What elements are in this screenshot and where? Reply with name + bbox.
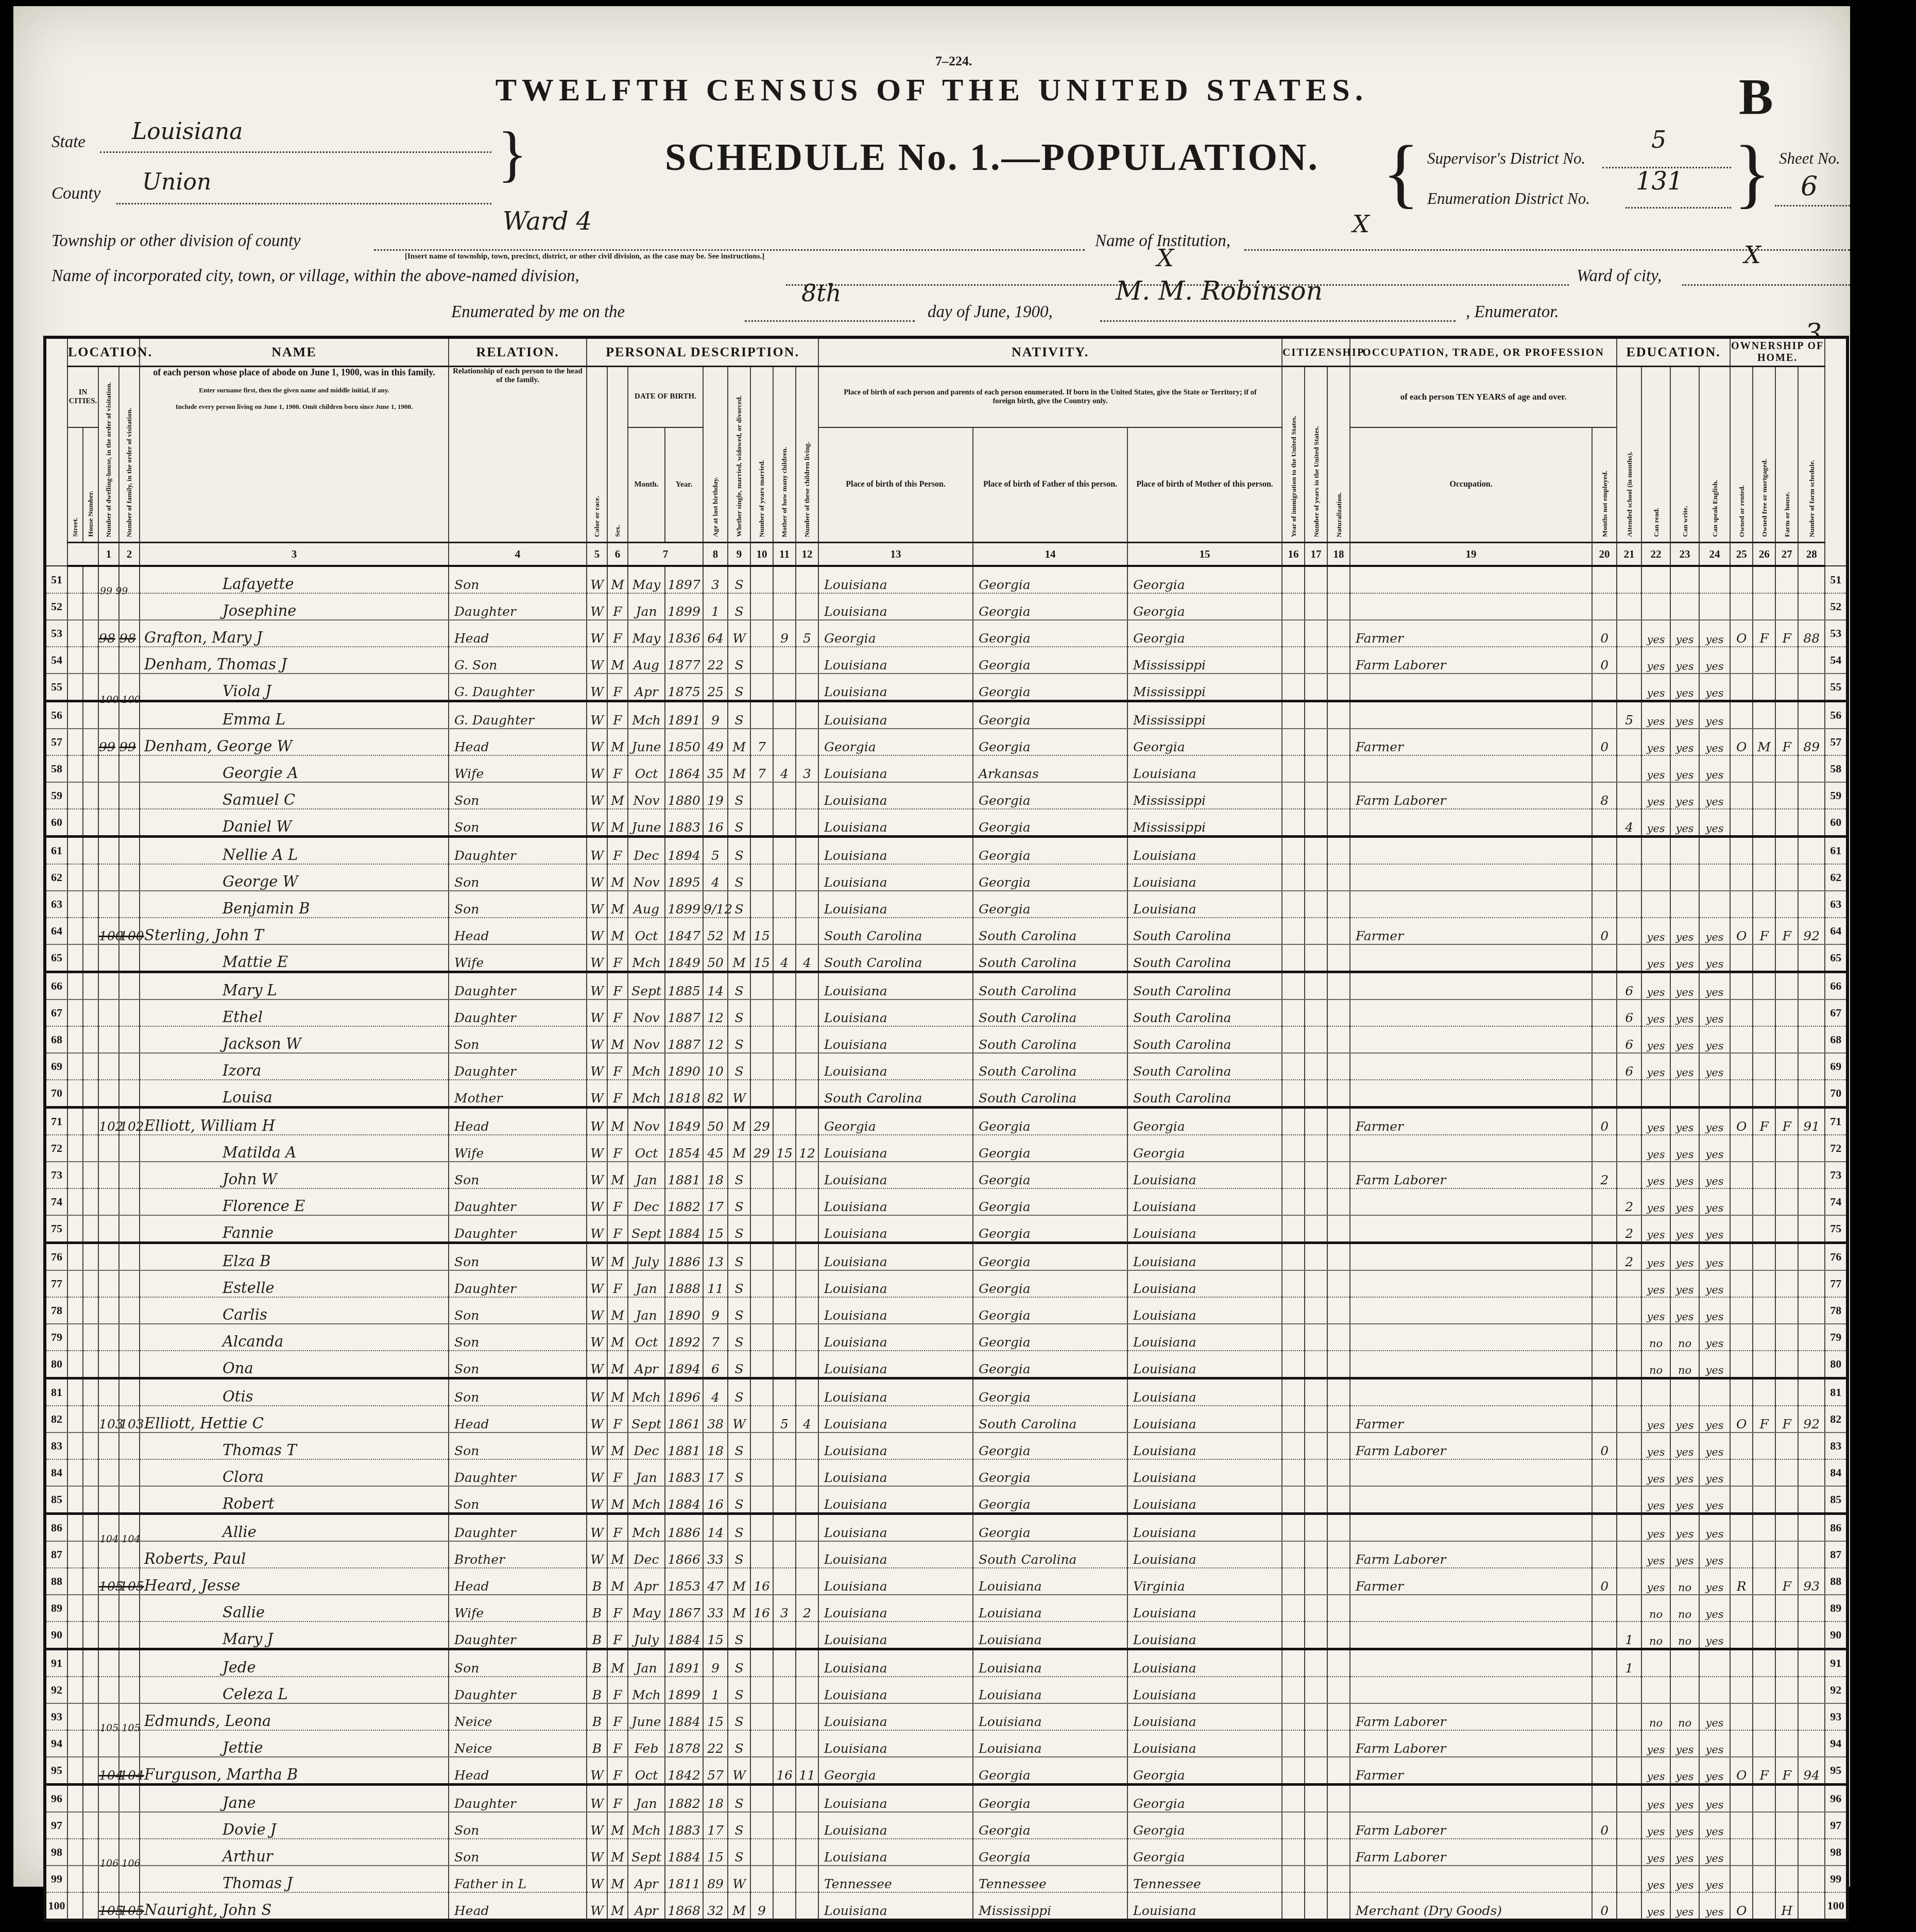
cell-occupation: Farm Laborer — [1350, 1162, 1592, 1188]
cell-color-race: B — [587, 1730, 607, 1757]
cell-children-living — [796, 1703, 818, 1730]
immigration-header: Year of immigration to the United States… — [1282, 367, 1305, 543]
cell-street — [67, 701, 83, 729]
row-number-left: 92 — [45, 1677, 67, 1703]
cell-naturalization — [1327, 1892, 1350, 1920]
cell-mother-of-children-value: 5 — [780, 1417, 789, 1431]
cell-name: Sterling, John T — [140, 918, 449, 944]
cell-immigration-year — [1282, 1649, 1305, 1677]
cell-owned-rented — [1730, 837, 1753, 865]
row-number-right: 100 — [1825, 1892, 1847, 1920]
cell-naturalization — [1327, 1324, 1350, 1351]
cell-relation-value: Daughter — [449, 1199, 516, 1214]
cell-pob-person-value: Louisiana — [819, 1254, 887, 1269]
cell-occupation-value: Farm Laborer — [1350, 658, 1446, 672]
cell-sex: F — [607, 1677, 628, 1703]
cell-marital-status: S — [728, 837, 750, 865]
cell-immigration-year — [1282, 674, 1305, 701]
cell-relation: Son — [449, 1162, 587, 1188]
cell-farm-schedule — [1798, 1514, 1825, 1542]
cell-color-race: W — [587, 729, 607, 755]
cell-naturalization — [1327, 729, 1350, 755]
cell-name: Louisa — [140, 1080, 449, 1108]
cell-sex: M — [607, 1297, 628, 1324]
cell-can-speak-english-value: yes — [1706, 1499, 1724, 1512]
cell-can-write — [1670, 1080, 1699, 1108]
cell-dwelling-number — [98, 647, 119, 674]
cell-dwelling-number: 105 — [98, 1892, 119, 1920]
cell-years-in-us — [1305, 1243, 1327, 1271]
cell-mother-of-children — [773, 864, 796, 891]
cell-farm-schedule-value: 92 — [1803, 928, 1820, 943]
cell-birth-year: 1854 — [665, 1135, 703, 1162]
cell-farm-or-house — [1775, 1297, 1798, 1324]
cell-occupation-value: Farm Laborer — [1350, 1443, 1446, 1458]
cell-owned-rented — [1730, 864, 1753, 891]
cell-relation-value: Daughter — [449, 1470, 516, 1485]
column-number-21: 21 — [1617, 543, 1641, 566]
cell-children-living — [796, 729, 818, 755]
cell-color-race-value: B — [592, 1661, 602, 1676]
cell-pob-mother-value: Georgia — [1128, 631, 1185, 646]
cell-age-value: 6 — [711, 1361, 720, 1376]
cell-pob-mother: Louisiana — [1127, 837, 1282, 865]
cell-marital-status-value: M — [732, 739, 746, 754]
row-number-left: 100 — [45, 1892, 67, 1920]
cell-can-read: yes — [1641, 782, 1670, 809]
cell-marital-status: S — [728, 1486, 750, 1514]
cell-sex: F — [607, 1188, 628, 1215]
cell-birth-month: Oct — [628, 918, 665, 944]
cell-pob-mother: Louisiana — [1127, 1541, 1282, 1568]
cell-pob-mother-value: Georgia — [1128, 1850, 1185, 1865]
table-header: LOCATION. NAME RELATION. PERSONAL DESCRI… — [45, 337, 1847, 566]
cell-can-speak-english-value: yes — [1706, 687, 1724, 699]
cell-pob-mother: Tennessee — [1127, 1866, 1282, 1892]
cell-occupation-value: Farmer — [1350, 1417, 1404, 1431]
row-number-left: 88 — [45, 1568, 67, 1595]
cell-marital-status-value: S — [734, 1037, 743, 1052]
row-number-left: 77 — [45, 1270, 67, 1297]
cell-pob-person: Louisiana — [818, 1514, 973, 1542]
cell-immigration-year — [1282, 891, 1305, 918]
row-number-right: 97 — [1825, 1812, 1847, 1839]
table-row: 95104104Furguson, Martha BHeadWFOct18425… — [45, 1757, 1847, 1785]
cell-mother-of-children — [773, 972, 796, 1000]
row-number-right: 86 — [1825, 1514, 1847, 1542]
cell-marital-status-value: S — [734, 1714, 743, 1729]
cell-years-in-us — [1305, 918, 1327, 944]
cell-marital-status-value: W — [732, 1091, 746, 1106]
cell-name-value: Elza B — [140, 1252, 271, 1270]
cell-birth-month: May — [628, 566, 665, 593]
cell-pob-person-value: Louisiana — [819, 1796, 887, 1811]
cell-pob-father-value: Georgia — [973, 1254, 1031, 1269]
cell-sex-value: F — [613, 1281, 622, 1296]
cell-birth-year-value: 1877 — [668, 658, 700, 672]
cell-marital-status: S — [728, 674, 750, 701]
cell-dwelling-number — [98, 1622, 119, 1649]
cell-birth-month: May — [628, 1595, 665, 1622]
cell-relation: Son — [449, 1351, 587, 1378]
cell-name-value: Sallie — [140, 1603, 265, 1621]
cell-can-read — [1641, 593, 1670, 620]
cell-sex-value: M — [611, 1661, 624, 1676]
cell-sex-value: M — [611, 1119, 624, 1134]
cell-house-number — [83, 809, 98, 837]
cell-marital-status-value: S — [734, 1443, 743, 1458]
cell-color-race-value: W — [590, 1064, 604, 1079]
cell-marital-status: S — [728, 1351, 750, 1378]
cell-dwelling-number — [98, 755, 119, 782]
children-living-header: Number of these children living. — [796, 367, 818, 543]
cell-can-speak-english: yes — [1699, 1324, 1730, 1351]
cell-can-speak-english-value: yes — [1706, 1473, 1724, 1485]
cell-farm-schedule — [1798, 1649, 1825, 1677]
row-number-right: 99 — [1825, 1866, 1847, 1892]
cell-can-write: yes — [1670, 809, 1699, 837]
cell-pob-mother-value: Louisiana — [1128, 1497, 1196, 1512]
cell-dwelling-number: 105 — [98, 1568, 119, 1595]
cell-family-number — [119, 1812, 140, 1839]
cell-marital-status: S — [728, 809, 750, 837]
cell-owned-rented — [1730, 782, 1753, 809]
cell-color-race: W — [587, 1459, 607, 1486]
cell-house-number — [83, 593, 98, 620]
cell-months-not-employed-value: 8 — [1600, 793, 1609, 808]
table-row: 83Thomas TSonWMDec188118SLouisianaGeorgi… — [45, 1433, 1847, 1459]
cell-pob-person-value: Louisiana — [819, 820, 887, 835]
cell-mother-of-children — [773, 918, 796, 944]
name-description: of each person whose place of abode on J… — [140, 367, 449, 543]
cell-pob-mother-value: South Carolina — [1128, 1064, 1231, 1079]
cell-name: Otis — [140, 1378, 449, 1406]
cell-house-number — [83, 1135, 98, 1162]
row-number-left: 95 — [45, 1757, 67, 1785]
cell-birth-year: 1880 — [665, 782, 703, 809]
cell-marital-status-value: S — [734, 1254, 743, 1269]
cell-children-living-value: 11 — [799, 1768, 815, 1783]
cell-name: Jettie — [140, 1730, 449, 1757]
cell-years-married — [750, 1406, 773, 1433]
cell-farm-schedule — [1798, 674, 1825, 701]
cell-children-living: 4 — [796, 1406, 818, 1433]
cell-relation: Son — [449, 864, 587, 891]
cell-owned-rented: O — [1730, 1892, 1753, 1920]
cell-occupation — [1350, 1270, 1592, 1297]
column-number-17: 17 — [1305, 543, 1327, 566]
cell-birth-year-value: 1847 — [668, 928, 700, 943]
cell-birth-year-value: 1842 — [668, 1768, 700, 1783]
cell-occupation: Farm Laborer — [1350, 647, 1592, 674]
cell-mother-of-children — [773, 1270, 796, 1297]
cell-pob-person: Louisiana — [818, 1785, 973, 1813]
cell-sex-value: F — [613, 1525, 622, 1540]
cell-can-read: yes — [1641, 755, 1670, 782]
cell-attended-school — [1617, 864, 1641, 891]
cell-color-race: W — [587, 1406, 607, 1433]
cell-can-write-value: yes — [1676, 1473, 1694, 1485]
cell-color-race-value: W — [590, 1552, 604, 1567]
cell-pob-person-value: Louisiana — [819, 1308, 887, 1323]
cell-sex: F — [607, 1135, 628, 1162]
cell-pob-mother-value: Louisiana — [1128, 1226, 1196, 1241]
cell-street — [67, 1270, 83, 1297]
cell-family-number — [119, 891, 140, 918]
cell-occupation — [1350, 1080, 1592, 1108]
cell-attended-school — [1617, 1324, 1641, 1351]
cell-attended-school-value: 6 — [1625, 1064, 1633, 1079]
cell-name-value: Nauright, John S — [140, 1901, 271, 1919]
cell-name-value: Daniel W — [140, 818, 292, 835]
cell-birth-year-value: 1878 — [668, 1741, 700, 1756]
cell-street — [67, 1215, 83, 1243]
cell-marital-status-value: S — [734, 1741, 743, 1756]
cell-farm-schedule — [1798, 1703, 1825, 1730]
cell-color-race-value: W — [590, 1335, 604, 1350]
supervisor-value: 5 — [1651, 126, 1666, 153]
cell-years-married-value: 7 — [758, 739, 766, 754]
cell-owned-free-mortgaged — [1753, 593, 1775, 620]
cell-name: Florence E — [140, 1188, 449, 1215]
cell-can-read: yes — [1641, 1839, 1670, 1866]
cell-can-speak-english: yes — [1699, 1297, 1730, 1324]
cell-occupation-value: Farmer — [1350, 1579, 1404, 1594]
table-row: 73John WSonWMJan188118SLouisianaGeorgiaL… — [45, 1162, 1847, 1188]
cell-owned-free-mortgaged — [1753, 809, 1775, 837]
cell-children-living — [796, 837, 818, 865]
cell-attended-school: 6 — [1617, 972, 1641, 1000]
cell-marital-status-value: W — [732, 1417, 746, 1431]
cell-children-living: 11 — [796, 1757, 818, 1785]
cell-marital-status-value: S — [734, 875, 743, 890]
cell-years-married — [750, 1866, 773, 1892]
cell-attended-school: 6 — [1617, 1053, 1641, 1080]
cell-attended-school — [1617, 1703, 1641, 1730]
cell-sex-value: M — [611, 875, 624, 890]
cell-immigration-year — [1282, 918, 1305, 944]
cell-birth-month: Sept — [628, 1215, 665, 1243]
cell-birth-month: Jan — [628, 1459, 665, 1486]
cell-pob-mother: Louisiana — [1127, 1649, 1282, 1677]
cell-farm-schedule — [1798, 1866, 1825, 1892]
cell-naturalization — [1327, 1649, 1350, 1677]
cell-age-value: 4 — [711, 1390, 720, 1405]
cell-pob-person-value: Louisiana — [819, 577, 887, 592]
cell-occupation — [1350, 674, 1592, 701]
cell-owned-free-mortgaged: F — [1753, 1406, 1775, 1433]
cell-pob-father: Louisiana — [973, 1595, 1127, 1622]
column-number-10: 10 — [750, 543, 773, 566]
cell-occupation — [1350, 1026, 1592, 1053]
cell-birth-month: Aug — [628, 647, 665, 674]
cell-can-speak-english: yes — [1699, 918, 1730, 944]
cell-pob-father-value: South Carolina — [973, 1064, 1076, 1079]
cell-years-married — [750, 647, 773, 674]
cell-color-race-value: W — [590, 1470, 604, 1485]
cell-pob-father-value: Georgia — [973, 1146, 1031, 1161]
cell-pob-mother: South Carolina — [1127, 918, 1282, 944]
cell-farm-or-house-value: F — [1782, 1119, 1791, 1134]
cell-immigration-year — [1282, 1703, 1305, 1730]
cell-can-write-value: yes — [1676, 1799, 1694, 1811]
cell-dwelling-number: 102 — [98, 1108, 119, 1135]
cell-name-value: Florence E — [140, 1197, 305, 1215]
cell-age-value: 17 — [707, 1823, 724, 1838]
cell-color-race-value: W — [590, 848, 604, 863]
cell-occupation-value: Farm Laborer — [1350, 1714, 1446, 1729]
cell-years-in-us — [1305, 837, 1327, 865]
cell-farm-or-house — [1775, 1514, 1798, 1542]
cell-relation: Daughter — [449, 837, 587, 865]
cell-farm-schedule — [1798, 1541, 1825, 1568]
cell-pob-person-value: Louisiana — [819, 1281, 887, 1296]
cell-pob-father-value: Georgia — [973, 604, 1031, 619]
cell-sex: F — [607, 1053, 628, 1080]
cell-pob-person: Louisiana — [818, 1378, 973, 1406]
cell-months-not-employed — [1592, 1785, 1617, 1813]
cell-name-value: Thomas T — [140, 1441, 297, 1459]
cell-birth-month: Nov — [628, 782, 665, 809]
cell-birth-month-value: Apr — [635, 684, 658, 699]
cell-owned-free-mortgaged — [1753, 1297, 1775, 1324]
cell-pob-mother-value: Louisiana — [1128, 1417, 1196, 1431]
cell-can-speak-english — [1699, 1677, 1730, 1703]
column-number-13: 13 — [818, 543, 973, 566]
cell-marital-status: W — [728, 620, 750, 647]
cell-can-write: yes — [1670, 755, 1699, 782]
cell-birth-month-value: May — [632, 577, 661, 592]
cell-can-read-value: yes — [1647, 1906, 1665, 1918]
cell-can-speak-english: yes — [1699, 1053, 1730, 1080]
cell-can-write-value: yes — [1676, 769, 1694, 781]
cell-sex: M — [607, 1351, 628, 1378]
scanned-census-page: 7–224. TWELFTH CENSUS OF THE UNITED STAT… — [0, 0, 1916, 1932]
cell-pob-mother-value: Mississippi — [1128, 820, 1206, 835]
cell-age-value: 32 — [707, 1903, 724, 1918]
cell-naturalization — [1327, 620, 1350, 647]
cell-color-race-value: W — [590, 1091, 604, 1106]
cell-owned-free-mortgaged — [1753, 1243, 1775, 1271]
cell-age-value: 16 — [707, 820, 724, 835]
cell-can-write-value: yes — [1676, 822, 1694, 835]
cell-marital-status-value: S — [734, 577, 743, 592]
cell-owned-rented — [1730, 1433, 1753, 1459]
cell-mother-of-children — [773, 999, 796, 1026]
cell-sex-value: M — [611, 1335, 624, 1350]
cell-age: 17 — [703, 1459, 728, 1486]
cell-owned-rented — [1730, 1459, 1753, 1486]
cell-can-read-value: yes — [1647, 660, 1665, 672]
cell-birth-year-value: 1892 — [668, 1335, 700, 1350]
cell-owned-free-mortgaged — [1753, 674, 1775, 701]
cell-years-in-us — [1305, 891, 1327, 918]
column-number-16: 16 — [1282, 543, 1305, 566]
cell-sex-value: F — [613, 1091, 622, 1106]
cell-can-read — [1641, 1080, 1670, 1108]
cell-sex: M — [607, 1324, 628, 1351]
cell-birth-month: Oct — [628, 1135, 665, 1162]
cell-house-number — [83, 1892, 98, 1920]
cell-can-write: yes — [1670, 1486, 1699, 1514]
cell-birth-year: 1842 — [665, 1757, 703, 1785]
cell-can-write — [1670, 837, 1699, 865]
cell-marital-status-value: S — [734, 604, 743, 619]
cell-color-race: W — [587, 782, 607, 809]
cell-relation: Son — [449, 1026, 587, 1053]
cell-marital-status-value: S — [734, 1361, 743, 1376]
cell-can-speak-english-value: yes — [1706, 1852, 1724, 1865]
cell-farm-or-house-value: F — [1782, 631, 1791, 646]
cell-sex-value: M — [611, 577, 624, 592]
cell-years-married — [750, 999, 773, 1026]
cell-sex-value: F — [613, 713, 622, 728]
cell-birth-year-value: 1885 — [668, 984, 700, 998]
row-number-left: 54 — [45, 647, 67, 674]
cell-pob-mother: South Carolina — [1127, 1053, 1282, 1080]
cell-farm-or-house — [1775, 891, 1798, 918]
cell-name-value: Matilda A — [140, 1144, 296, 1161]
cell-dwelling-number: 99 — [98, 729, 119, 755]
cell-pob-mother: Louisiana — [1127, 1622, 1282, 1649]
cell-family-number — [119, 1162, 140, 1188]
table-row: 79AlcandaSonWMOct18927SLouisianaGeorgiaL… — [45, 1324, 1847, 1351]
cell-occupation-value: Farmer — [1350, 1768, 1404, 1783]
cell-house-number — [83, 918, 98, 944]
cell-house-number — [83, 1297, 98, 1324]
cell-can-write — [1670, 864, 1699, 891]
cell-pob-person-value: Georgia — [819, 1768, 876, 1783]
cell-can-write-value: yes — [1676, 1879, 1694, 1891]
cell-color-race-value: W — [590, 604, 604, 619]
cell-age: 22 — [703, 647, 728, 674]
cell-birth-month-value: May — [632, 1606, 661, 1620]
table-row: 91JedeSonBMJan18919SLouisianaLouisianaLo… — [45, 1649, 1847, 1677]
cell-pob-father-value: Georgia — [973, 1308, 1031, 1323]
cell-age: 32 — [703, 1892, 728, 1920]
cell-sex: M — [607, 1108, 628, 1135]
cell-naturalization — [1327, 647, 1350, 674]
cell-children-living — [796, 1459, 818, 1486]
table-row: 89SallieWifeBFMay186733M1632LouisianaLou… — [45, 1595, 1847, 1622]
cell-marital-status-value: S — [734, 1823, 743, 1838]
column-number-24: 24 — [1699, 543, 1730, 566]
cell-marital-status-value: M — [732, 1119, 746, 1134]
cell-can-read — [1641, 864, 1670, 891]
cell-sex-value: F — [613, 984, 622, 998]
cell-years-married-value: 9 — [758, 1903, 766, 1918]
cell-mother-of-children: 4 — [773, 944, 796, 972]
cell-farm-or-house-value: F — [1782, 1768, 1791, 1783]
row-number-left: 66 — [45, 972, 67, 1000]
cell-pob-father: Louisiana — [973, 1622, 1127, 1649]
cell-relation-value: Daughter — [449, 1687, 516, 1702]
table-row: 64100100Sterling, John THeadWMOct184752M… — [45, 918, 1847, 944]
cell-birth-month-value: Nov — [634, 1010, 660, 1025]
cell-years-in-us — [1305, 620, 1327, 647]
cell-relation-value: Neice — [449, 1741, 492, 1756]
cell-occupation: Farm Laborer — [1350, 1730, 1592, 1757]
cell-dwelling-number — [98, 1649, 119, 1677]
cell-color-race-value: W — [590, 1037, 604, 1052]
cell-dwelling-number — [98, 999, 119, 1026]
cell-years-married — [750, 1433, 773, 1459]
cell-attended-school — [1617, 1892, 1641, 1920]
cell-years-in-us — [1305, 809, 1327, 837]
cell-sex-value: F — [613, 766, 622, 781]
cell-can-write: yes — [1670, 1785, 1699, 1813]
cell-color-race: W — [587, 1026, 607, 1053]
